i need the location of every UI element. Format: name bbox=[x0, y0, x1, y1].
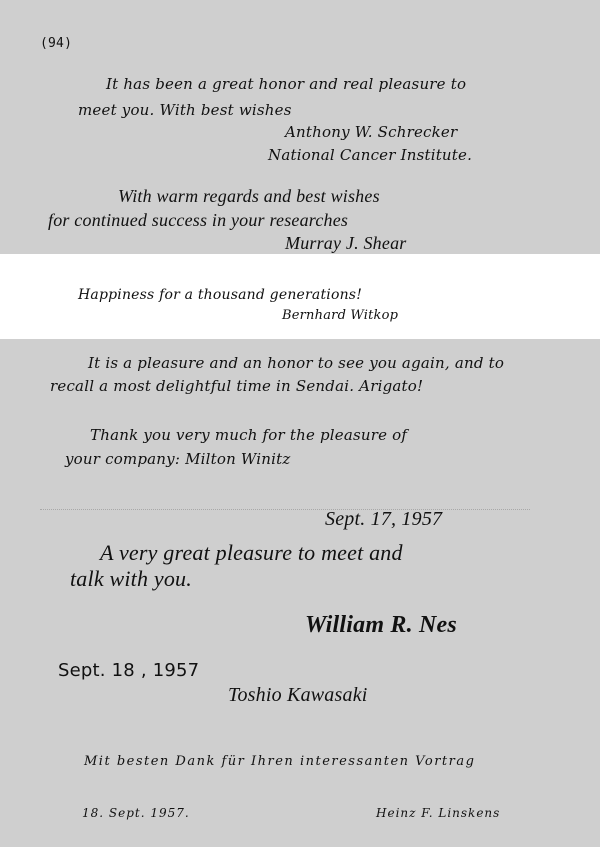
entry-8-signature: Heinz F. Linskens bbox=[376, 806, 500, 820]
entry-5-line-2-text: your company: bbox=[65, 450, 180, 468]
entry-8-line-1: Mit besten Dank für Ihren interessanten … bbox=[84, 754, 475, 769]
entry-6-line-2: talk with you. bbox=[70, 566, 192, 592]
entry-5-signature: Milton Winitz bbox=[185, 450, 290, 468]
dotted-divider bbox=[40, 509, 530, 510]
entry-2-line-2: for continued success in your researches bbox=[48, 210, 348, 231]
entry-2-line-1: With warm regards and best wishes bbox=[118, 186, 380, 207]
entry-4-line-2: recall a most delightful time in Sendai.… bbox=[50, 377, 423, 395]
entry-6-signature: William R. Nes bbox=[305, 612, 457, 639]
entry-1-affiliation: National Cancer Institute. bbox=[268, 146, 472, 164]
entry-3-line-1: Happiness for a thousand generations! bbox=[78, 287, 362, 303]
page-number: (94) bbox=[40, 36, 72, 51]
entry-7-signature: Toshio Kawasaki bbox=[228, 684, 368, 707]
entry-2-signature: Murray J. Shear bbox=[285, 233, 406, 254]
entry-1-line-2: meet you. With best wishes bbox=[78, 101, 292, 119]
entry-7-date: Sept. 18 , 1957 bbox=[58, 660, 199, 681]
entry-8-date: 18. Sept. 1957. bbox=[82, 806, 190, 820]
entry-5-line-1: Thank you very much for the pleasure of bbox=[90, 426, 407, 444]
entry-3-signature: Bernhard Witkop bbox=[282, 308, 398, 323]
entry-6-line-1: A very great pleasure to meet and bbox=[100, 540, 403, 566]
entry-1-line-1: It has been a great honor and real pleas… bbox=[106, 75, 466, 93]
entry-6-date: Sept. 17, 1957 bbox=[325, 508, 442, 531]
entry-1-signature: Anthony W. Schrecker bbox=[285, 123, 457, 141]
entry-5-line-2: your company: Milton Winitz bbox=[65, 450, 290, 468]
entry-4-line-1: It is a pleasure and an honor to see you… bbox=[88, 354, 504, 372]
